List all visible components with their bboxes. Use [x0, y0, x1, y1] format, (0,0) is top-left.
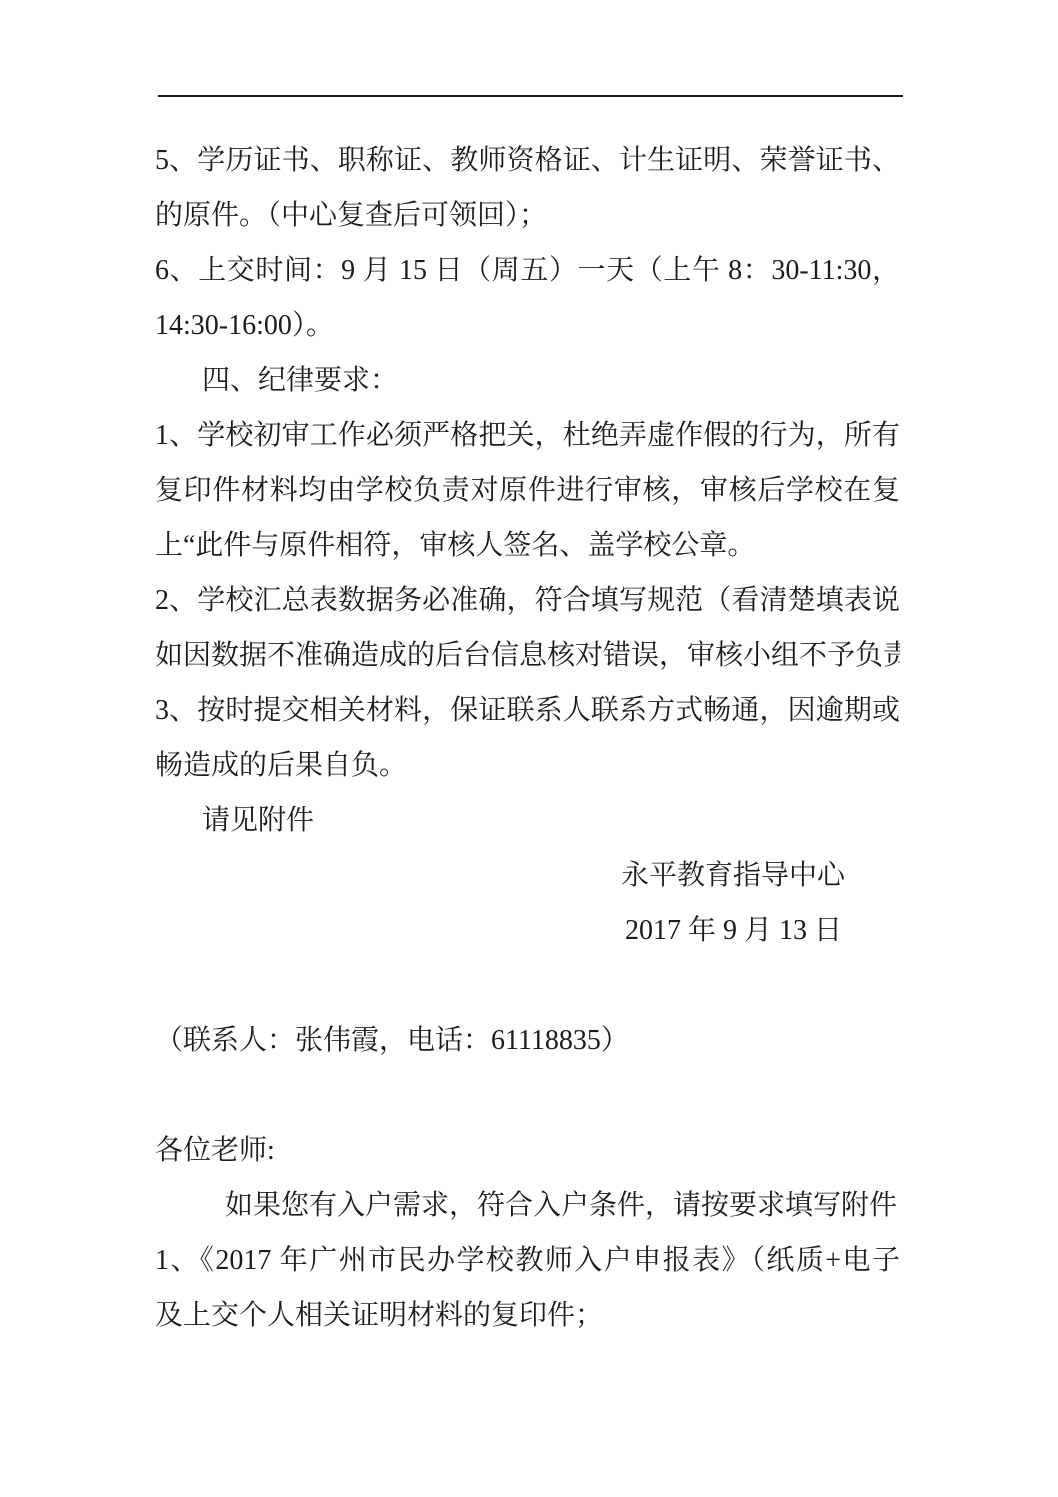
text-line: 复印件材料均由学校负责对原件进行审核，审核后学校在复印件写 — [155, 463, 900, 518]
text-line: 3、按时提交相关材料，保证联系人联系方式畅通，因逾期或沟通不 — [155, 683, 900, 738]
contact-line: （联系人：张伟霞，电话：61118835） — [155, 1013, 900, 1068]
header-divider-rule — [158, 95, 903, 97]
text-line: 14:30-16:00）。 — [155, 298, 900, 353]
section-heading: 四、纪律要求： — [155, 353, 900, 408]
text-line: 2、学校汇总表数据务必准确，符合填写规范（看清楚填表说明）， — [155, 573, 900, 628]
document-body: 5、学历证书、职称证、教师资格证、计生证明、荣誉证书、结婚证 的原件。（中心复查… — [155, 133, 900, 1343]
text-line: 畅造成的后果自负。 — [155, 738, 900, 793]
text-line: 1、《2017 年广州市民办学校教师入户申报表》（纸质+电子版）， — [155, 1233, 900, 1288]
signature-date: 2017 年 9 月 13 日 — [155, 903, 900, 958]
text-line: 上“此件与原件相符，审核人签名、盖学校公章。 — [155, 518, 900, 573]
document-page: 5、学历证书、职称证、教师资格证、计生证明、荣誉证书、结婚证 的原件。（中心复查… — [0, 0, 1058, 1497]
blank-line — [155, 1068, 900, 1123]
blank-line — [155, 958, 900, 1013]
text-line: 1、学校初审工作必须严格把关，杜绝弄虚作假的行为，所有提供的 — [155, 408, 900, 463]
text-line: 5、学历证书、职称证、教师资格证、计生证明、荣誉证书、结婚证 — [155, 133, 900, 188]
text-line: 如果您有入户需求，符合入户条件，请按要求填写附件 — [155, 1178, 900, 1233]
text-line: 的原件。（中心复查后可领回）； — [155, 188, 900, 243]
text-line: 及上交个人相关证明材料的复印件； — [155, 1288, 900, 1343]
signature-organization: 永平教育指导中心 — [155, 848, 900, 903]
salutation-line: 各位老师: — [155, 1123, 900, 1178]
text-line: 如因数据不准确造成的后台信息核对错误，审核小组不予负责。 — [155, 628, 900, 683]
text-line: 6、上交时间：9 月 15 日（周五）一天（上午 8：30-11:30，下午 — [155, 243, 900, 298]
attachment-note: 请见附件 — [155, 793, 900, 848]
